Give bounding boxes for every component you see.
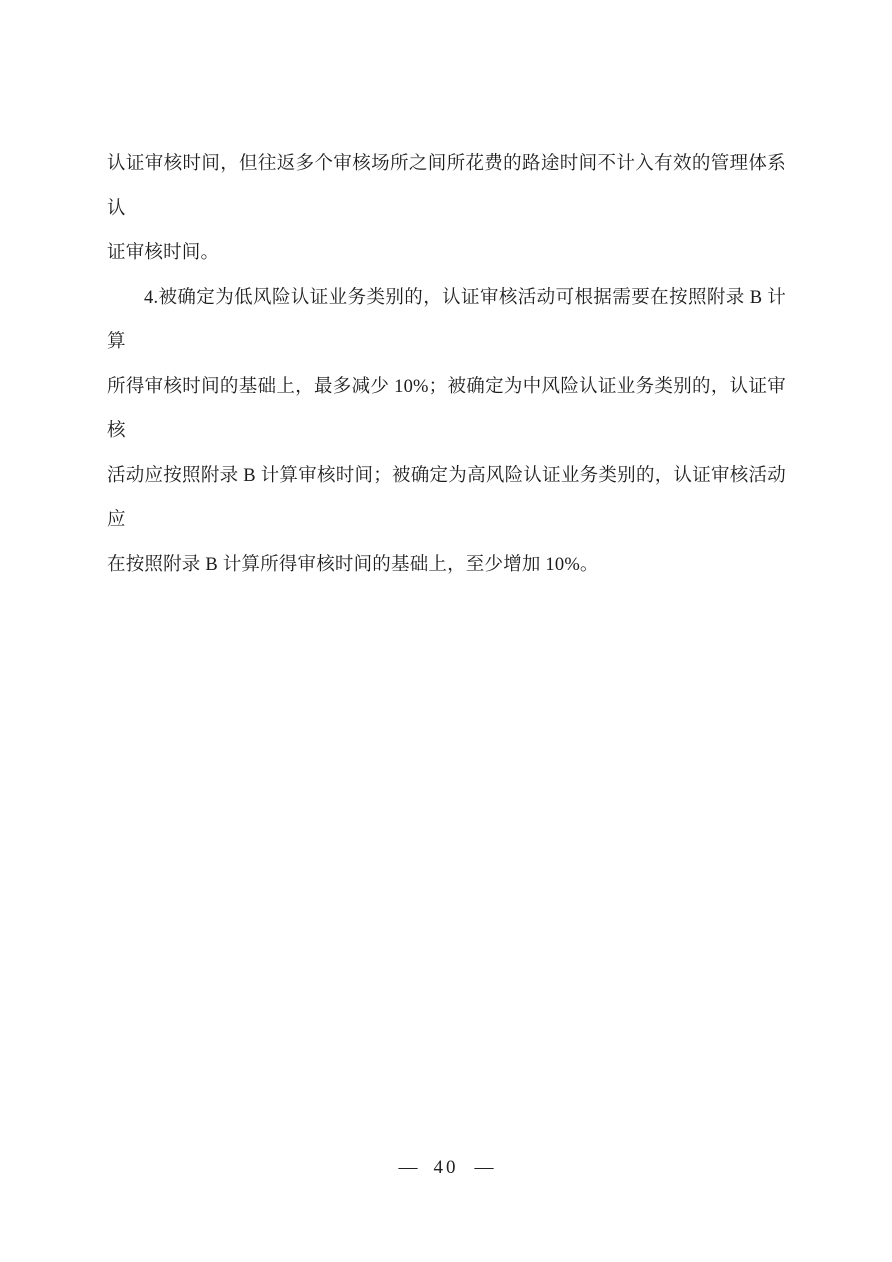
text-line: 4.被确定为低风险认证业务类别的，认证审核活动可根据需要在按照附录 B 计算: [107, 276, 786, 365]
document-body: 认证审核时间，但往返多个审核场所之间所花费的路途时间不计入有效的管理体系认 证审…: [107, 142, 786, 587]
text-line: 认证审核时间，但往返多个审核场所之间所花费的路途时间不计入有效的管理体系认: [107, 142, 786, 231]
text-line: 证审核时间。: [107, 231, 786, 276]
text-line: 所得审核时间的基础上，最多减少 10%；被确定为中风险认证业务类别的，认证审核: [107, 365, 786, 454]
page-footer: —40—: [0, 1153, 892, 1183]
footer-dash-right: —: [475, 1153, 494, 1183]
page-number: 40: [434, 1153, 459, 1183]
footer-dash-left: —: [399, 1153, 418, 1183]
document-page: 认证审核时间，但往返多个审核场所之间所花费的路途时间不计入有效的管理体系认 证审…: [0, 0, 892, 1262]
text-line: 活动应按照附录 B 计算审核时间；被确定为高风险认证业务类别的，认证审核活动应: [107, 454, 786, 543]
text-line: 在按照附录 B 计算所得审核时间的基础上，至少增加 10%。: [107, 543, 786, 588]
